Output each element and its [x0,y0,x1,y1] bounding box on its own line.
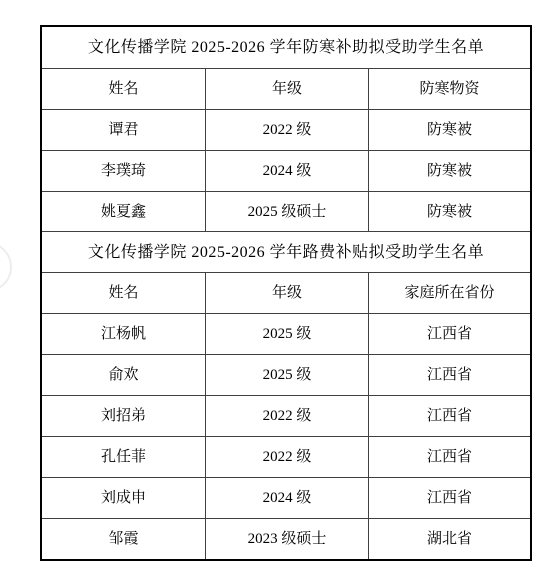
table-cell: 2024 级 [205,150,368,191]
table-cell: 2022 级 [205,109,368,150]
table-cell: 2024 级 [205,477,368,518]
table-cell: 湖北省 [368,518,530,559]
table-cell: 江西省 [368,354,530,395]
document-page: 文化传播学院 2025-2026 学年防寒补助拟受助学生名单姓名年级防寒物资谭君… [0,0,554,567]
column-header: 姓名 [42,68,205,109]
table-cell: 孔任菲 [42,436,205,477]
table-title: 文化传播学院 2025-2026 学年防寒补助拟受助学生名单 [42,27,530,68]
table-cell: 2025 级 [205,313,368,354]
table-cell: 2025 级 [205,354,368,395]
column-header: 防寒物资 [368,68,530,109]
table-cell: 江西省 [368,477,530,518]
column-header: 年级 [205,272,368,313]
column-header: 家庭所在省份 [368,272,530,313]
table-cell: 姚夏鑫 [42,191,205,232]
table-cell: 防寒被 [368,191,530,232]
column-header: 年级 [205,68,368,109]
table-cell: 2022 级 [205,436,368,477]
table-cell: 李璞琦 [42,150,205,191]
column-header: 姓名 [42,272,205,313]
table-cell: 2025 级硕士 [205,191,368,232]
table-cell: 防寒被 [368,109,530,150]
table-cell: 2022 级 [205,395,368,436]
table-title: 文化传播学院 2025-2026 学年路费补贴拟受助学生名单 [42,231,530,272]
table-cell: 江杨帆 [42,313,205,354]
table-cell: 江西省 [368,313,530,354]
table-cell: 刘招弟 [42,395,205,436]
table-cell: 刘成申 [42,477,205,518]
watermark-arc [0,242,12,292]
table-cell: 防寒被 [368,150,530,191]
table-cell: 江西省 [368,395,530,436]
student-aid-tables: 文化传播学院 2025-2026 学年防寒补助拟受助学生名单姓名年级防寒物资谭君… [40,25,532,561]
table-cell: 俞欢 [42,354,205,395]
table-cell: 2023 级硕士 [205,518,368,559]
table-cell: 谭君 [42,109,205,150]
table-cell: 邹霞 [42,518,205,559]
table-cell: 江西省 [368,436,530,477]
